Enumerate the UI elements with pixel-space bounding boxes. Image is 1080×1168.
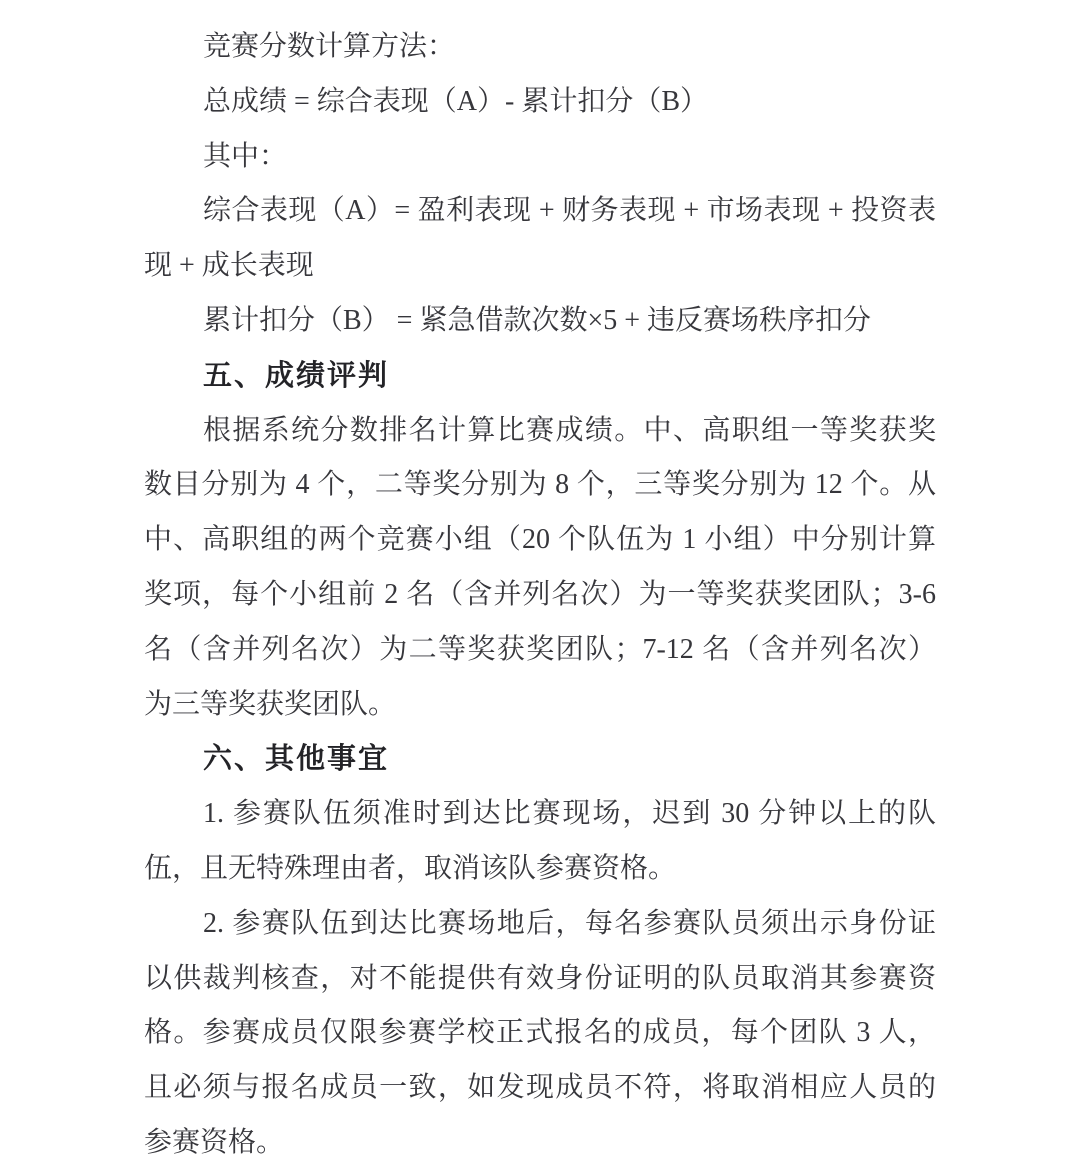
text-line: 数目分别为 4 个，二等奖分别为 8 个，三等奖分别为 12 个。从 <box>144 458 936 513</box>
text-line: 中、高职组的两个竞赛小组（20 个队伍为 1 小组）中分别计算 <box>144 513 936 568</box>
text-line: 名（含并列名次）为二等奖获奖团队；7-12 名（含并列名次） <box>144 623 936 678</box>
text-line: 为三等奖获奖团队。 <box>144 678 936 733</box>
text-line: 1. 参赛队伍须准时到达比赛现场，迟到 30 分钟以上的队 <box>144 787 936 842</box>
text-line: 总成绩 = 综合表现（A）- 累计扣分（B） <box>144 75 936 130</box>
text-line: 竞赛分数计算方法： <box>144 20 936 75</box>
text-line: 格。参赛成员仅限参赛学校正式报名的成员，每个团队 3 人， <box>144 1006 936 1061</box>
text-line: 累计扣分（B） = 紧急借款次数×5 + 违反赛场秩序扣分 <box>144 294 936 349</box>
section-heading: 六、其他事宜 <box>144 732 936 787</box>
text-line: 2. 参赛队伍到达比赛场地后，每名参赛队员须出示身份证 <box>144 897 936 952</box>
text-line: 奖项，每个小组前 2 名（含并列名次）为一等奖获奖团队；3-6 <box>144 568 936 623</box>
text-line: 伍，且无特殊理由者，取消该队参赛资格。 <box>144 842 936 897</box>
text-line: 综合表现（A）= 盈利表现 + 财务表现 + 市场表现 + 投资表 <box>144 184 936 239</box>
document-page: 竞赛分数计算方法：总成绩 = 综合表现（A）- 累计扣分（B）其中：综合表现（A… <box>0 0 1080 1168</box>
text-line: 以供裁判核查，对不能提供有效身份证明的队员取消其参赛资 <box>144 952 936 1007</box>
text-line: 参赛资格。 <box>144 1116 936 1168</box>
text-line: 现 + 成长表现 <box>144 239 936 294</box>
text-line: 且必须与报名成员一致，如发现成员不符，将取消相应人员的 <box>144 1061 936 1116</box>
section-heading: 五、成绩评判 <box>144 349 936 404</box>
document-body: 竞赛分数计算方法：总成绩 = 综合表现（A）- 累计扣分（B）其中：综合表现（A… <box>144 20 936 1168</box>
text-line: 其中： <box>144 130 936 185</box>
text-line: 根据系统分数排名计算比赛成绩。中、高职组一等奖获奖 <box>144 404 936 459</box>
